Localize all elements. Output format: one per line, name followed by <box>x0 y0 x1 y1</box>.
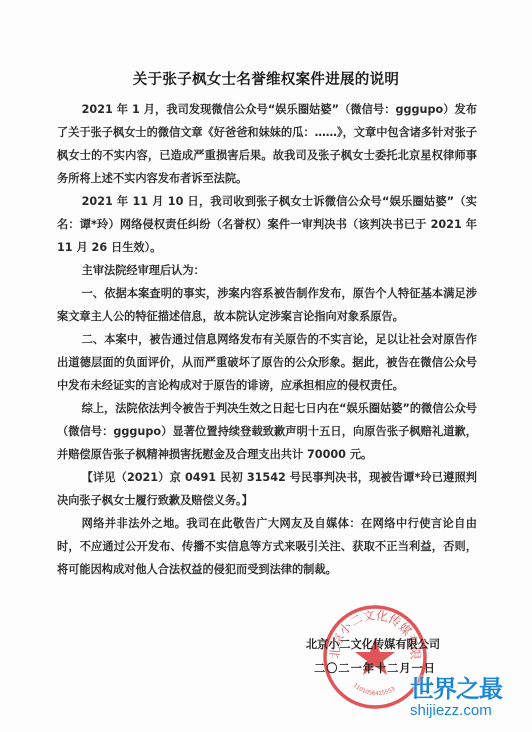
signature-date: 二〇二一年十二月一日 <box>300 660 450 676</box>
watermark-url: shijiezz.com <box>410 702 528 720</box>
paragraph-warning: 网络并非法外之地。我司在此敬告广大网友及自媒体：在网络中行使言论自由时，不应通过… <box>57 512 477 581</box>
paragraph-finding-two: 二、本案中，被告通过信息网络发布有关原告的不实言论，足以让社会对原告作出道德层面… <box>57 328 477 397</box>
paragraph-court-opinion-intro: 主审法院经审理后认为： <box>57 259 477 282</box>
paragraph-discovery: 2021 年 1 月，我司发现微信公众号“娱乐圈姑婆”（微信号：gggupo）发… <box>57 98 477 190</box>
watermark-logo-text: 世界之最 <box>410 676 528 702</box>
document-page: 关于张子枫女士名誉维权案件进展的说明 2021 年 1 月，我司发现微信公众号“… <box>0 0 532 732</box>
signature-company: 北京小二文化传媒有限公司 <box>298 636 448 652</box>
paragraph-case-reference: 【详见（2021）京 0491 民初 31542 号民事判决书，现被告谭*玲已遵… <box>57 466 477 512</box>
paragraph-finding-one: 一、依据本案查明的事实，涉案内容系被告制作发布，原告个人特征基本满足涉案文章主人… <box>57 282 477 328</box>
document-body: 2021 年 1 月，我司发现微信公众号“娱乐圈姑婆”（微信号：gggupo）发… <box>57 98 477 581</box>
paragraph-judgment-received: 2021 年 11 月 10 日，我司收到张子枫女士诉微信公众号“娱乐圈姑婆”（… <box>57 190 477 259</box>
document-title: 关于张子枫女士名誉维权案件进展的说明 <box>0 68 532 89</box>
seal-number: 1101056425553 <box>352 683 397 698</box>
paragraph-ruling: 综上，法院依法判令被告于判决生效之日起七日内在“娱乐圈姑婆”的微信公众号（微信号… <box>57 397 477 466</box>
site-watermark: 世界之最 shijiezz.com <box>410 676 528 730</box>
